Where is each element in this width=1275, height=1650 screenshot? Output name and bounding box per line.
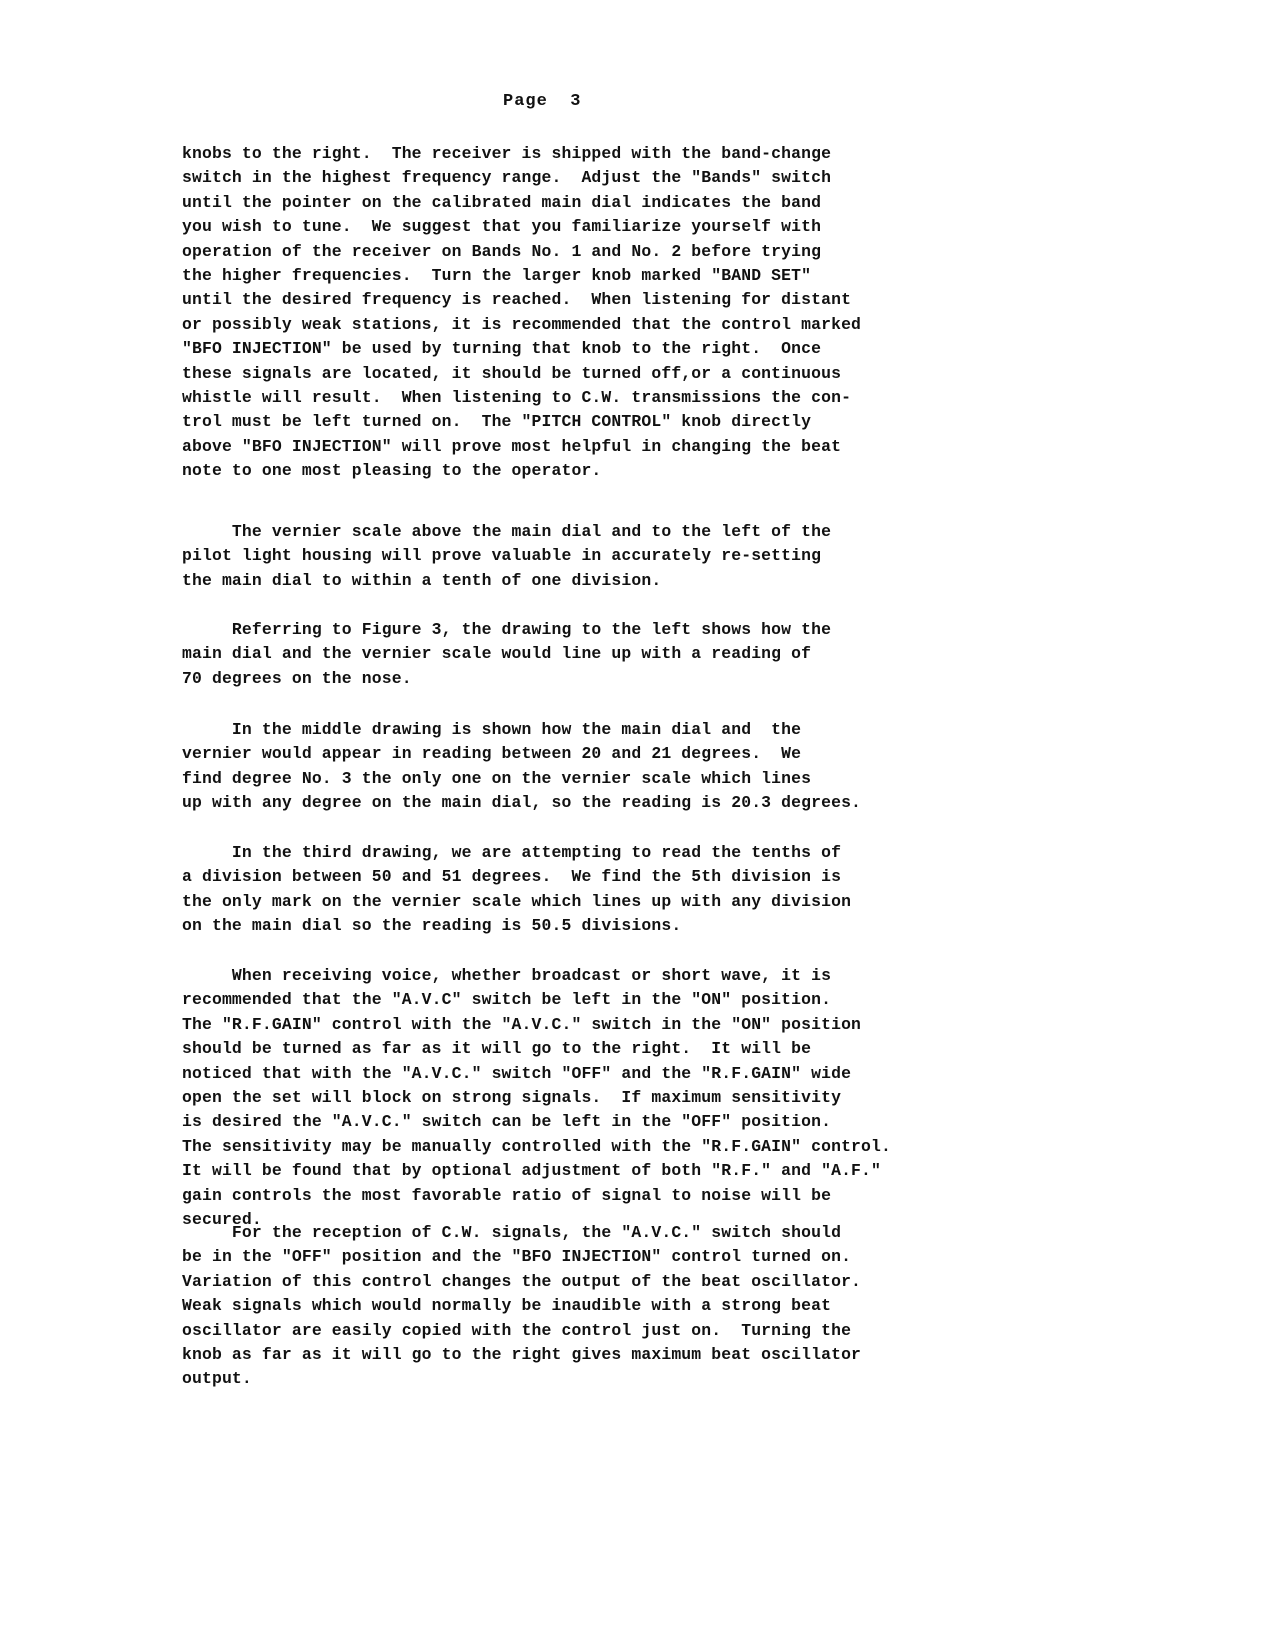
text-line: until the pointer on the calibrated main… xyxy=(182,191,861,215)
paragraph: When receiving voice, whether broadcast … xyxy=(182,964,891,1232)
text-line: main dial and the vernier scale would li… xyxy=(182,642,831,666)
text-line: recommended that the "A.V.C" switch be l… xyxy=(182,988,891,1012)
text-line: the higher frequencies. Turn the larger … xyxy=(182,264,861,288)
text-line: knobs to the right. The receiver is ship… xyxy=(182,142,861,166)
text-line: In the third drawing, we are attempting … xyxy=(182,841,851,865)
paragraph: Referring to Figure 3, the drawing to th… xyxy=(182,618,831,691)
text-line: whistle will result. When listening to C… xyxy=(182,386,861,410)
text-line: "BFO INJECTION" be used by turning that … xyxy=(182,337,861,361)
text-line: note to one most pleasing to the operato… xyxy=(182,459,861,483)
text-line: open the set will block on strong signal… xyxy=(182,1086,891,1110)
text-line: above "BFO INJECTION" will prove most he… xyxy=(182,435,861,459)
text-line: the only mark on the vernier scale which… xyxy=(182,890,851,914)
text-line: knob as far as it will go to the right g… xyxy=(182,1343,861,1367)
text-line: pilot light housing will prove valuable … xyxy=(182,544,831,568)
text-line: you wish to tune. We suggest that you fa… xyxy=(182,215,861,239)
text-line: be in the "OFF" position and the "BFO IN… xyxy=(182,1245,861,1269)
paragraph: For the reception of C.W. signals, the "… xyxy=(182,1221,861,1392)
text-line: In the middle drawing is shown how the m… xyxy=(182,718,861,742)
text-line: It will be found that by optional adjust… xyxy=(182,1159,891,1183)
text-line: The sensitivity may be manually controll… xyxy=(182,1135,891,1159)
text-line: switch in the highest frequency range. A… xyxy=(182,166,861,190)
text-line: up with any degree on the main dial, so … xyxy=(182,791,861,815)
text-line: For the reception of C.W. signals, the "… xyxy=(182,1221,861,1245)
text-line: until the desired frequency is reached. … xyxy=(182,288,861,312)
text-line: is desired the "A.V.C." switch can be le… xyxy=(182,1110,891,1134)
paragraph: In the middle drawing is shown how the m… xyxy=(182,718,861,816)
text-line: Referring to Figure 3, the drawing to th… xyxy=(182,618,831,642)
text-line: vernier would appear in reading between … xyxy=(182,742,861,766)
text-line: a division between 50 and 51 degrees. We… xyxy=(182,865,851,889)
text-line: should be turned as far as it will go to… xyxy=(182,1037,891,1061)
text-line: trol must be left turned on. The "PITCH … xyxy=(182,410,861,434)
text-line: or possibly weak stations, it is recomme… xyxy=(182,313,861,337)
text-line: Weak signals which would normally be ina… xyxy=(182,1294,861,1318)
page-number: Page 3 xyxy=(503,92,581,111)
text-line: gain controls the most favorable ratio o… xyxy=(182,1184,891,1208)
text-line: find degree No. 3 the only one on the ve… xyxy=(182,767,861,791)
text-line: noticed that with the "A.V.C." switch "O… xyxy=(182,1062,891,1086)
text-line: these signals are located, it should be … xyxy=(182,362,861,386)
text-line: output. xyxy=(182,1367,861,1391)
paragraph: In the third drawing, we are attempting … xyxy=(182,841,851,939)
text-line: The "R.F.GAIN" control with the "A.V.C."… xyxy=(182,1013,891,1037)
text-line: operation of the receiver on Bands No. 1… xyxy=(182,240,861,264)
text-line: When receiving voice, whether broadcast … xyxy=(182,964,891,988)
text-line: 70 degrees on the nose. xyxy=(182,667,831,691)
text-line: The vernier scale above the main dial an… xyxy=(182,520,831,544)
text-line: oscillator are easily copied with the co… xyxy=(182,1319,861,1343)
paragraph: knobs to the right. The receiver is ship… xyxy=(182,142,861,484)
paragraph: The vernier scale above the main dial an… xyxy=(182,520,831,593)
text-line: on the main dial so the reading is 50.5 … xyxy=(182,914,851,938)
text-line: the main dial to within a tenth of one d… xyxy=(182,569,831,593)
text-line: Variation of this control changes the ou… xyxy=(182,1270,861,1294)
